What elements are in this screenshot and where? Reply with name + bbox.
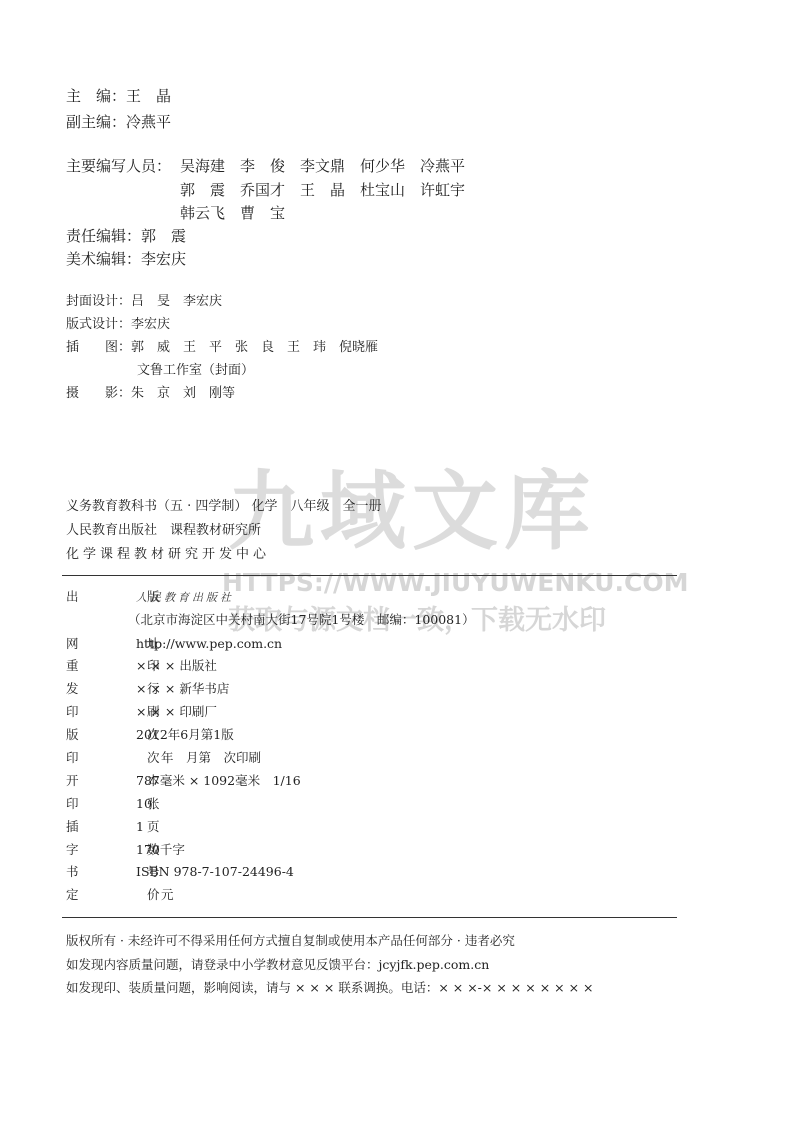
cover-design: 封面设计：吕 旻 李宏庆	[66, 293, 222, 311]
pub-row: 印 张10	[66, 795, 152, 813]
chief-editor-label: 主 编：	[66, 87, 126, 105]
pub-row-label: 版 次	[66, 726, 136, 744]
responsible-editor: 责任编辑：郭 震	[66, 226, 186, 246]
layout-design-value: 李宏庆	[131, 317, 170, 332]
print-quality-notice: 如发现印、装质量问题，影响阅读，请与 × × × 联系调换。电话：× × ×-×…	[66, 979, 594, 997]
pub-row: 字 数170千字	[66, 841, 185, 859]
art-editor: 美术编辑：李宏庆	[66, 249, 186, 269]
book-title: 义务教育教科书（五 · 四学制） 化学 八年级 全一册	[66, 498, 382, 516]
pub-row-value: × × × 出版社	[136, 658, 217, 673]
cover-design-label: 封面设计：	[66, 294, 131, 309]
pub-row: 印 次 年 月第 次印刷	[66, 749, 261, 767]
illustration-line: 文鲁工作室（封面）	[137, 362, 254, 380]
pub-row-value: 年 月第 次印刷	[136, 750, 261, 765]
main-writers-line: 韩云飞 曹 宝	[180, 203, 285, 223]
pub-row-label: 书 号	[66, 863, 136, 881]
cover-design-value: 吕 旻 李宏庆	[131, 294, 222, 309]
art-editor-value: 李宏庆	[141, 250, 186, 268]
pub-row-label: 插 页	[66, 818, 136, 836]
photography-label: 摄 影：	[66, 386, 131, 401]
layout-design: 版式设计：李宏庆	[66, 316, 170, 334]
main-writers-line: 郭 震 乔国才 王 晶 杜宝山 许虹宇	[180, 180, 465, 200]
copyright-notice: 版权所有 · 未经许可不得采用任何方式擅自复制或使用本产品任何部分 · 违者必究	[66, 932, 515, 950]
art-editor-label: 美术编辑：	[66, 250, 141, 268]
pub-row: 定 价 元	[66, 886, 174, 904]
pub-row-label: 字 数	[66, 841, 136, 859]
pub-row-value: × × × 印刷厂	[136, 704, 217, 719]
chief-editor: 主 编：王 晶	[66, 86, 171, 106]
layout-design-label: 版式设计：	[66, 317, 131, 332]
pub-row-label: 网 址	[66, 635, 136, 653]
photography-value: 朱 京 刘 刚等	[131, 386, 235, 401]
illustration-line: 郭 威 王 平 张 良 王 玮 倪晓雁	[131, 340, 378, 355]
pub-row-label: 印 次	[66, 749, 136, 767]
publisher-line: 人民教育出版社 课程教材研究所	[66, 522, 261, 540]
publisher-logo: 人民教育出版社	[136, 591, 234, 604]
chief-editor-value: 王 晶	[126, 87, 171, 105]
pub-row-label: 印 刷	[66, 703, 136, 721]
photography: 摄 影：朱 京 刘 刚等	[66, 385, 235, 403]
pub-row-value: 元	[136, 887, 174, 902]
pub-row-value: 1	[136, 819, 144, 834]
feedback-notice: 如发现内容质量问题，请登录中小学教材意见反馈平台：jcyjfk.pep.com.…	[66, 956, 489, 974]
pub-row-label: 定 价	[66, 886, 136, 904]
illustration-label: 插 图：	[66, 340, 131, 355]
center-line: 化学课程教材研究开发中心	[66, 546, 270, 564]
responsible-editor-label: 责任编辑：	[66, 227, 141, 245]
pub-row-value: 2012年6月第1版	[136, 727, 234, 742]
pub-row-label: 开 本	[66, 772, 136, 790]
publisher-address: （北京市海淀区中关村南大街17号院1号楼 邮编：100081）	[128, 611, 475, 629]
divider-top	[62, 575, 677, 576]
publisher-label: 出 版	[66, 588, 136, 606]
divider-bottom	[62, 917, 677, 918]
pub-row: 网 址http://www.pep.com.cn	[66, 635, 282, 653]
illustration: 插 图：郭 威 王 平 张 良 王 玮 倪晓雁	[66, 339, 378, 357]
pub-row: 发 行× × × 新华书店	[66, 680, 229, 698]
pub-row-value: 10	[136, 796, 152, 811]
responsible-editor-value: 郭 震	[141, 227, 186, 245]
deputy-editor-value: 冷燕平	[126, 113, 171, 131]
pub-row-value: 170千字	[136, 842, 185, 857]
pub-row-value: 787毫米 × 1092毫米 1/16	[136, 773, 301, 788]
website-link[interactable]: http://www.pep.com.cn	[136, 636, 282, 651]
pub-row-label: 发 行	[66, 680, 136, 698]
pub-row: 印 刷× × × 印刷厂	[66, 703, 217, 721]
deputy-editor: 副主编：冷燕平	[66, 112, 171, 132]
main-writers-line: 吴海建 李 俊 李文鼎 何少华 冷燕平	[180, 156, 465, 176]
pub-row: 开 本787毫米 × 1092毫米 1/16	[66, 772, 301, 790]
pub-row-label: 重 印	[66, 657, 136, 675]
pub-row: 版 次2012年6月第1版	[66, 726, 234, 744]
deputy-editor-label: 副主编：	[66, 113, 126, 131]
pub-row: 插 页1	[66, 818, 144, 836]
pub-row: 重 印× × × 出版社	[66, 657, 217, 675]
publisher-row: 出 版人民教育出版社	[66, 588, 234, 607]
pub-row-value: × × × 新华书店	[136, 681, 229, 696]
pub-row-value: ISBN 978-7-107-24496-4	[136, 864, 294, 879]
watermark-url: HTTPS://WWW.JIUYUWENKU.COM	[222, 568, 688, 598]
pub-row-label: 印 张	[66, 795, 136, 813]
main-writers-label: 主要编写人员：	[66, 156, 171, 176]
pub-row: 书 号ISBN 978-7-107-24496-4	[66, 863, 294, 881]
